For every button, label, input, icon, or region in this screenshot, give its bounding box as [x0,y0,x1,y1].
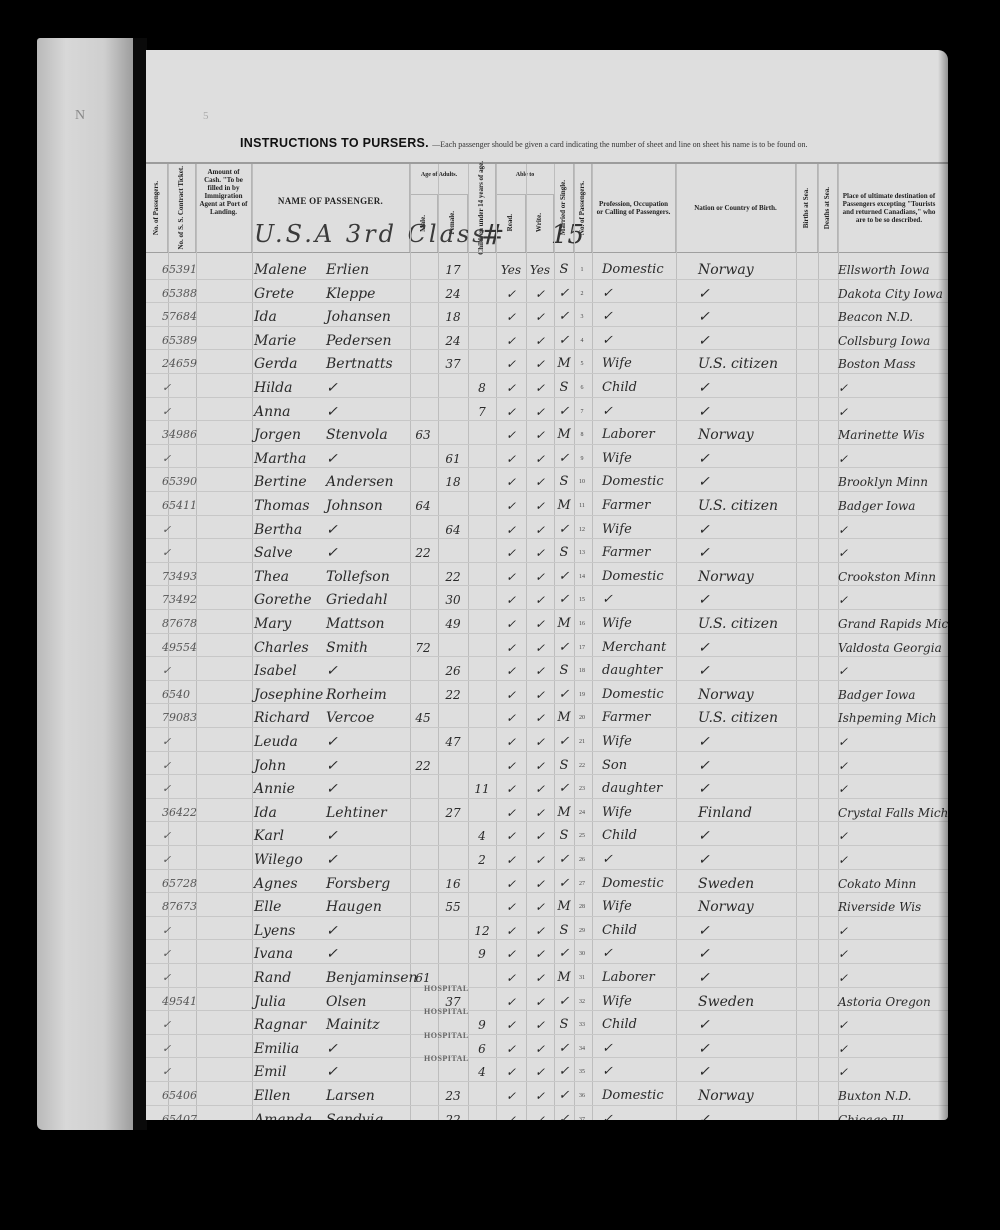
occupation: Farmer [592,539,692,563]
line-number: 13 [574,539,590,563]
can-write: ✓ [526,539,554,563]
can-read: ✓ [496,870,526,894]
destination: Collsburg Iowa [838,327,943,351]
last-name: Kleppe [326,280,416,304]
can-read: ✓ [496,704,526,728]
occupation: Child [592,822,692,846]
age-child [468,657,496,681]
passenger-row: 34986JorgenStenvola63✓✓M8LaborerNorwayMa… [146,421,948,445]
destination: ✓ [838,822,943,846]
first-name: Wilego [254,846,334,870]
marital-status: M [554,704,574,728]
passenger-row: ✓RandBenjaminsen61✓✓M31Laborer✓✓ [146,964,948,988]
age-male [410,303,436,327]
age-male [410,350,436,374]
first-name: Thomas [254,492,334,516]
first-name: Lyens [254,917,334,941]
can-write: Yes [526,256,554,280]
nativity: ✓ [692,634,812,658]
destination: Ishpeming Mich [838,704,943,728]
age-female: 55 [438,893,468,917]
destination: ✓ [838,516,943,540]
can-read: ✓ [496,940,526,964]
last-name: ✓ [326,775,416,799]
first-name: Ellen [254,1082,334,1106]
age-male [410,775,436,799]
can-write: ✓ [526,374,554,398]
can-read: ✓ [496,1058,526,1082]
passenger-row: 65388GreteKleppe24✓✓✓2✓✓Dakota City Iowa [146,280,948,304]
ticket-number: 65391 [162,256,208,280]
can-write: ✓ [526,468,554,492]
age-female [438,822,468,846]
first-name: Grete [254,280,334,304]
age-male [410,940,436,964]
last-name: Stenvola [326,421,416,445]
occupation: ✓ [592,280,692,304]
ticket-number: 65390 [162,468,208,492]
instructions-to-pursers: INSTRUCTIONS TO PURSERS. —Each passenger… [240,136,808,150]
age-child: 12 [468,917,496,941]
line-number: 12 [574,516,590,540]
header-bottom-rule [146,252,948,253]
can-read: ✓ [496,445,526,469]
age-male [410,374,436,398]
age-child: 4 [468,1058,496,1082]
can-read: ✓ [496,728,526,752]
passenger-row: 65411ThomasJohnson64✓✓M11FarmerU.S. citi… [146,492,948,516]
age-child [468,681,496,705]
last-name: Johansen [326,303,416,327]
can-write: ✓ [526,1035,554,1059]
can-read: ✓ [496,492,526,516]
age-child: 2 [468,846,496,870]
age-child [468,445,496,469]
facing-page: N [37,38,133,1130]
line-number: 6 [574,374,590,398]
occupation: ✓ [592,586,692,610]
marital-status: ✓ [554,870,574,894]
can-write: ✓ [526,917,554,941]
nativity: ✓ [692,822,812,846]
occupation: ✓ [592,940,692,964]
ticket-number: 49541 [162,988,208,1012]
can-write: ✓ [526,1106,554,1120]
age-child [468,704,496,728]
occupation: Child [592,1011,692,1035]
first-name: Agnes [254,870,334,894]
can-write: ✓ [526,610,554,634]
line-number: 20 [574,704,590,728]
destination: Crookston Minn [838,563,943,587]
last-name: ✓ [326,822,416,846]
age-female: 24 [438,280,468,304]
nativity: ✓ [692,468,812,492]
line-number: 15 [574,586,590,610]
last-name: ✓ [326,940,416,964]
age-child [468,327,496,351]
line-number: 14 [574,563,590,587]
ticket-number: 79083 [162,704,208,728]
passenger-row: 65391MaleneErlien17YesYesS1DomesticNorwa… [146,256,948,280]
can-read: ✓ [496,1035,526,1059]
can-read: ✓ [496,964,526,988]
age-male [410,586,436,610]
marital-status: S [554,256,574,280]
last-name: Mattson [326,610,416,634]
line-number: 3 [574,303,590,327]
can-read: ✓ [496,610,526,634]
age-male [410,610,436,634]
passenger-row: 87678MaryMattson49✓✓M16WifeU.S. citizenG… [146,610,948,634]
line-number: 30 [574,940,590,964]
passenger-row: 57684IdaJohansen18✓✓✓3✓✓Beacon N.D. [146,303,948,327]
ticket-number: ✓ [162,1035,208,1059]
nativity: ✓ [692,964,812,988]
destination: Brooklyn Minn [838,468,943,492]
passenger-row: 79083RichardVercoe45✓✓M20FarmerU.S. citi… [146,704,948,728]
age-female [438,775,468,799]
age-female: 61 [438,445,468,469]
last-name: Haugen [326,893,416,917]
passenger-row: ✓Lyens✓12✓✓S29Child✓✓ [146,917,948,941]
destination: Boston Mass [838,350,943,374]
last-name: Andersen [326,468,416,492]
occupation: Domestic [592,256,692,280]
destination: Badger Iowa [838,492,943,516]
destination: Astoria Oregon [838,988,943,1012]
nativity: ✓ [692,1011,812,1035]
first-name: Ragnar [254,1011,334,1035]
destination: ✓ [838,964,943,988]
hospital-stamp: HOSPITAL [424,1031,469,1040]
first-name: Marie [254,327,334,351]
first-name: Mary [254,610,334,634]
ticket-number: ✓ [162,1058,208,1082]
can-write: ✓ [526,1011,554,1035]
age-child [468,563,496,587]
occupation: ✓ [592,1035,692,1059]
last-name: ✓ [326,374,416,398]
destination: Grand Rapids Mich [838,610,943,634]
nativity: U.S. citizen [692,704,812,728]
destination: ✓ [838,586,943,610]
destination: Valdosta Georgia [838,634,943,658]
col-group-age: Age of Adults. [410,172,468,178]
marital-status: S [554,539,574,563]
age-male [410,563,436,587]
passenger-row: ✓Leuda✓47✓✓✓21Wife✓✓ [146,728,948,752]
nativity: Finland [692,799,812,823]
destination: ✓ [838,657,943,681]
marital-status: ✓ [554,445,574,469]
marital-status: ✓ [554,563,574,587]
age-male: 45 [410,704,436,728]
hospital-stamp: HOSPITAL [424,1054,469,1063]
first-name: Ivana [254,940,334,964]
col-deaths-at-sea: Deaths at Sea. [818,164,838,252]
marital-status: ✓ [554,303,574,327]
marital-status: M [554,893,574,917]
nativity: ✓ [692,752,812,776]
age-child [468,303,496,327]
last-name: Tollefson [326,563,416,587]
destination: ✓ [838,846,943,870]
first-name: Gerda [254,350,334,374]
occupation: ✓ [592,327,692,351]
age-male [410,917,436,941]
first-name: Elle [254,893,334,917]
age-male [410,280,436,304]
col-births-at-sea: Births at Sea. [796,164,818,252]
nativity: ✓ [692,728,812,752]
first-name: Gorethe [254,586,334,610]
age-female [438,917,468,941]
age-child [468,586,496,610]
age-child [468,539,496,563]
ticket-number: ✓ [162,1011,208,1035]
last-name: ✓ [326,398,416,422]
destination: ✓ [838,374,943,398]
destination: Badger Iowa [838,681,943,705]
passenger-row: ✓Ivana✓9✓✓✓30✓✓✓ [146,940,948,964]
can-read: ✓ [496,421,526,445]
can-write: ✓ [526,1058,554,1082]
age-child [468,893,496,917]
destination: ✓ [838,917,943,941]
ticket-number: ✓ [162,445,208,469]
passenger-row: ✓RagnarMainitz9✓✓S33Child✓✓HOSPITAL [146,1011,948,1035]
passenger-row: 65728AgnesForsberg16✓✓✓27DomesticSwedenC… [146,870,948,894]
nativity: Norway [692,256,812,280]
can-read: ✓ [496,586,526,610]
occupation: Domestic [592,870,692,894]
first-name: Bertine [254,468,334,492]
age-child [468,752,496,776]
nativity: ✓ [692,917,812,941]
age-female [438,539,468,563]
age-child [468,1106,496,1120]
passenger-row: 87673ElleHaugen55✓✓M28WifeNorwayRiversid… [146,893,948,917]
marital-status: S [554,468,574,492]
first-name: Jorgen [254,421,334,445]
first-name: Amanda [254,1106,334,1120]
age-child [468,988,496,1012]
age-child: 6 [468,1035,496,1059]
line-number: 36 [574,1082,590,1106]
line-number: 31 [574,964,590,988]
occupation: Wife [592,610,692,634]
marital-status: ✓ [554,586,574,610]
age-child [468,870,496,894]
line-number: 32 [574,988,590,1012]
age-female: 24 [438,327,468,351]
last-name: ✓ [326,752,416,776]
nativity: ✓ [692,374,812,398]
passenger-row: ✓Martha✓61✓✓✓9Wife✓✓ [146,445,948,469]
col-destination: Place of ultimate destination of Passeng… [838,164,940,252]
occupation: Wife [592,799,692,823]
destination: ✓ [838,398,943,422]
occupation: daughter [592,775,692,799]
line-number: 26 [574,846,590,870]
destination: ✓ [838,940,943,964]
marital-status: ✓ [554,1106,574,1120]
age-child: 8 [468,374,496,398]
ticket-number: 73492 [162,586,208,610]
line-number: 27 [574,870,590,894]
passenger-row: ✓Emilia✓6✓✓✓34✓✓✓HOSPITAL [146,1035,948,1059]
can-read: Yes [496,256,526,280]
age-female [438,752,468,776]
age-male [410,1106,436,1120]
ticket-number: ✓ [162,374,208,398]
can-write: ✓ [526,704,554,728]
can-read: ✓ [496,893,526,917]
can-read: ✓ [496,634,526,658]
can-write: ✓ [526,634,554,658]
first-name: Hilda [254,374,334,398]
last-name: Rorheim [326,681,416,705]
line-number: 25 [574,822,590,846]
destination: Riverside Wis [838,893,943,917]
manifest-sheet: 5 INSTRUCTIONS TO PURSERS. —Each passeng… [146,50,948,1120]
can-read: ✓ [496,539,526,563]
marital-status: S [554,752,574,776]
line-number: 37 [574,1106,590,1120]
marital-status: M [554,350,574,374]
occupation: Farmer [592,492,692,516]
occupation: Son [592,752,692,776]
handwritten-hash: # [481,218,504,251]
can-write: ✓ [526,563,554,587]
can-write: ✓ [526,327,554,351]
ticket-number: ✓ [162,775,208,799]
marital-status: ✓ [554,516,574,540]
first-name: Rand [254,964,334,988]
destination: ✓ [838,1035,943,1059]
marital-status: ✓ [554,1082,574,1106]
can-read: ✓ [496,822,526,846]
passenger-row: ✓Bertha✓64✓✓✓12Wife✓✓ [146,516,948,540]
line-number: 19 [574,681,590,705]
hospital-stamp: HOSPITAL [424,984,469,993]
can-read: ✓ [496,280,526,304]
nativity: ✓ [692,539,812,563]
destination: ✓ [838,1011,943,1035]
last-name: ✓ [326,539,416,563]
first-name: Leuda [254,728,334,752]
age-female: 64 [438,516,468,540]
ticket-number: 65389 [162,327,208,351]
can-read: ✓ [496,775,526,799]
destination: Buxton N.D. [838,1082,943,1106]
passenger-row: ✓Hilda✓8✓✓S6Child✓✓ [146,374,948,398]
age-female: 18 [438,303,468,327]
nativity: ✓ [692,1035,812,1059]
line-number: 4 [574,327,590,351]
ticket-number: ✓ [162,398,208,422]
can-read: ✓ [496,917,526,941]
can-write: ✓ [526,893,554,917]
last-name: ✓ [326,917,416,941]
age-child [468,492,496,516]
destination: Marinette Wis [838,421,943,445]
passenger-row: 49541JuliaOlsen37✓✓✓32WifeSwedenAstoria … [146,988,948,1012]
can-read: ✓ [496,988,526,1012]
first-name: Emilia [254,1035,334,1059]
can-write: ✓ [526,516,554,540]
col-cash: Amount of Cash. "To be filled in by Immi… [196,164,252,252]
line-number: 18 [574,657,590,681]
can-write: ✓ [526,728,554,752]
passenger-row: 24659GerdaBertnatts37✓✓M5WifeU.S. citize… [146,350,948,374]
line-number: 17 [574,634,590,658]
marital-status: M [554,799,574,823]
marital-status: M [554,421,574,445]
ticket-number: ✓ [162,752,208,776]
ticket-number: ✓ [162,657,208,681]
age-male: 22 [410,539,436,563]
marital-status: S [554,917,574,941]
age-male [410,327,436,351]
can-read: ✓ [496,303,526,327]
occupation: Wife [592,988,692,1012]
age-male [410,893,436,917]
age-male [410,728,436,752]
marital-status: ✓ [554,775,574,799]
marital-status: ✓ [554,681,574,705]
instructions-text: —Each passenger should be given a card i… [432,140,807,149]
occupation: daughter [592,657,692,681]
nativity: ✓ [692,280,812,304]
destination: ✓ [838,775,943,799]
can-write: ✓ [526,752,554,776]
last-name: ✓ [326,1035,416,1059]
can-write: ✓ [526,492,554,516]
can-read: ✓ [496,1011,526,1035]
ticket-number: 65407 [162,1106,208,1120]
ticket-number: 65411 [162,492,208,516]
marital-status: M [554,492,574,516]
age-female [438,634,468,658]
occupation: Farmer [592,704,692,728]
nativity: ✓ [692,586,812,610]
nativity: ✓ [692,657,812,681]
last-name: ✓ [326,846,416,870]
age-female: 23 [438,1082,468,1106]
passenger-row: 73492GoretheGriedahl30✓✓✓15✓✓✓ [146,586,948,610]
first-name: Richard [254,704,334,728]
ticket-number: ✓ [162,940,208,964]
ticket-number: 87673 [162,893,208,917]
can-write: ✓ [526,870,554,894]
marital-status: ✓ [554,327,574,351]
age-child: 7 [468,398,496,422]
age-male: 22 [410,752,436,776]
hospital-stamp: HOSPITAL [424,1007,469,1016]
last-name: ✓ [326,1058,416,1082]
age-female: 26 [438,657,468,681]
line-number: 10 [574,468,590,492]
first-name: Charles [254,634,334,658]
col-no-passengers: No. of Passengers. [146,164,168,252]
can-read: ✓ [496,516,526,540]
nativity: ✓ [692,940,812,964]
can-read: ✓ [496,468,526,492]
line-number: 35 [574,1058,590,1082]
age-female: 47 [438,728,468,752]
